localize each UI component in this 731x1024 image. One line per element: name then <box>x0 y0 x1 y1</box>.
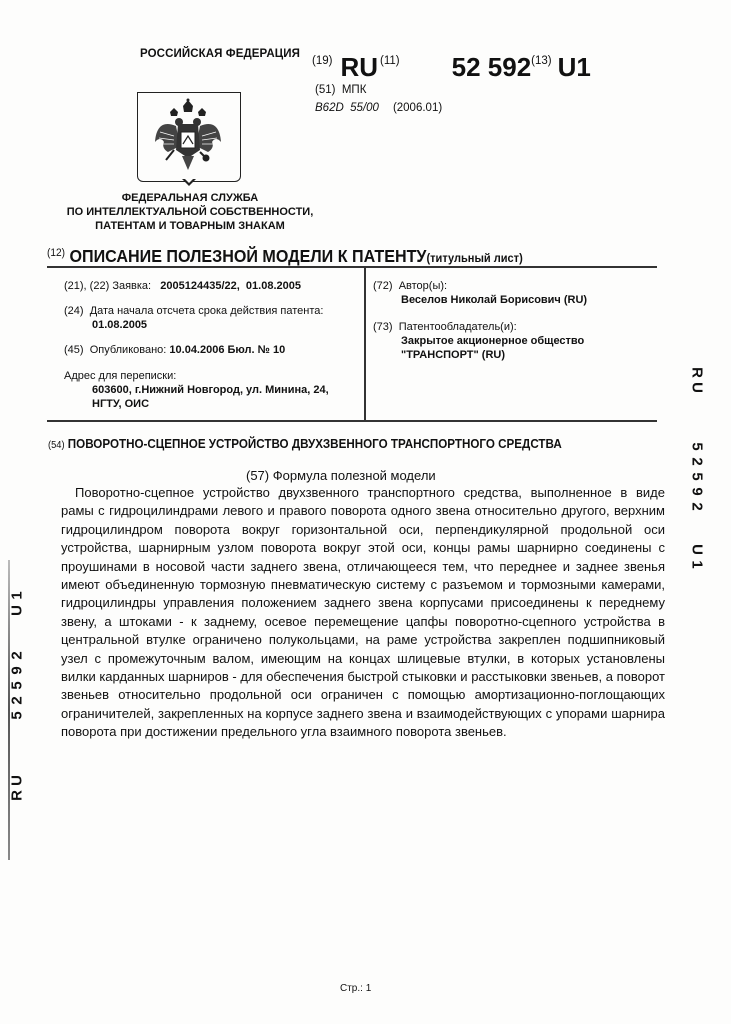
application-field: (21), (22) Заявка: 2005124435/22, 01.08.… <box>64 279 301 293</box>
divider <box>47 266 657 268</box>
publication-number: 52 592 <box>452 52 532 82</box>
document-title: (12) ОПИСАНИЕ ПОЛЕЗНОЙ МОДЕЛИ К ПАТЕНТУ(… <box>47 246 523 267</box>
side-label-right: R U 5 2 5 9 2 U 1 <box>686 365 708 572</box>
country-name: РОССИЙСКАЯ ФЕДЕРАЦИЯ <box>90 48 350 60</box>
claims-text: Поворотно-сцепное устройство двухзвенног… <box>61 484 665 742</box>
page-number: Стр.: 1 <box>340 983 371 994</box>
left-header: РОССИЙСКАЯ ФЕДЕРАЦИЯ <box>60 48 350 60</box>
patent-holders-field: (73) Патентообладатель(и): Закрытое акци… <box>373 320 584 362</box>
published-field: (45) Опубликовано: 10.04.2006 Бюл. № 10 <box>64 343 285 357</box>
ipc-label: (51) МПК <box>315 84 366 96</box>
publication-identifier: (19)RU(11)52 592(13)U1 <box>312 52 591 83</box>
agency-name: ФЕДЕРАЛЬНАЯ СЛУЖБА ПО ИНТЕЛЛЕКТУАЛЬНОЙ С… <box>40 191 340 233</box>
side-label-left: 1 U 2 9 5 2 5 U R <box>6 588 28 803</box>
ipc-classification: B62D 55/00(2006.01) <box>315 102 442 114</box>
invention-title: (54) ПОВОРОТНО-СЦЕПНОЕ УСТРОЙСТВО ДВУХЗВ… <box>48 437 562 451</box>
term-start-field: (24) Дата начала отсчета срока действия … <box>64 304 323 332</box>
column-divider <box>364 267 366 420</box>
authors-field: (72) Автор(ы): Веселов Николай Борисович… <box>373 279 587 307</box>
country-code: RU <box>340 52 378 82</box>
divider <box>47 420 657 422</box>
claims-heading: (57) Формула полезной модели <box>246 468 436 483</box>
address-field: Адрес для переписки: 603600, г.Нижний Но… <box>64 369 329 411</box>
kind-code: U1 <box>558 52 591 82</box>
russian-coat-of-arms-icon <box>152 98 224 176</box>
